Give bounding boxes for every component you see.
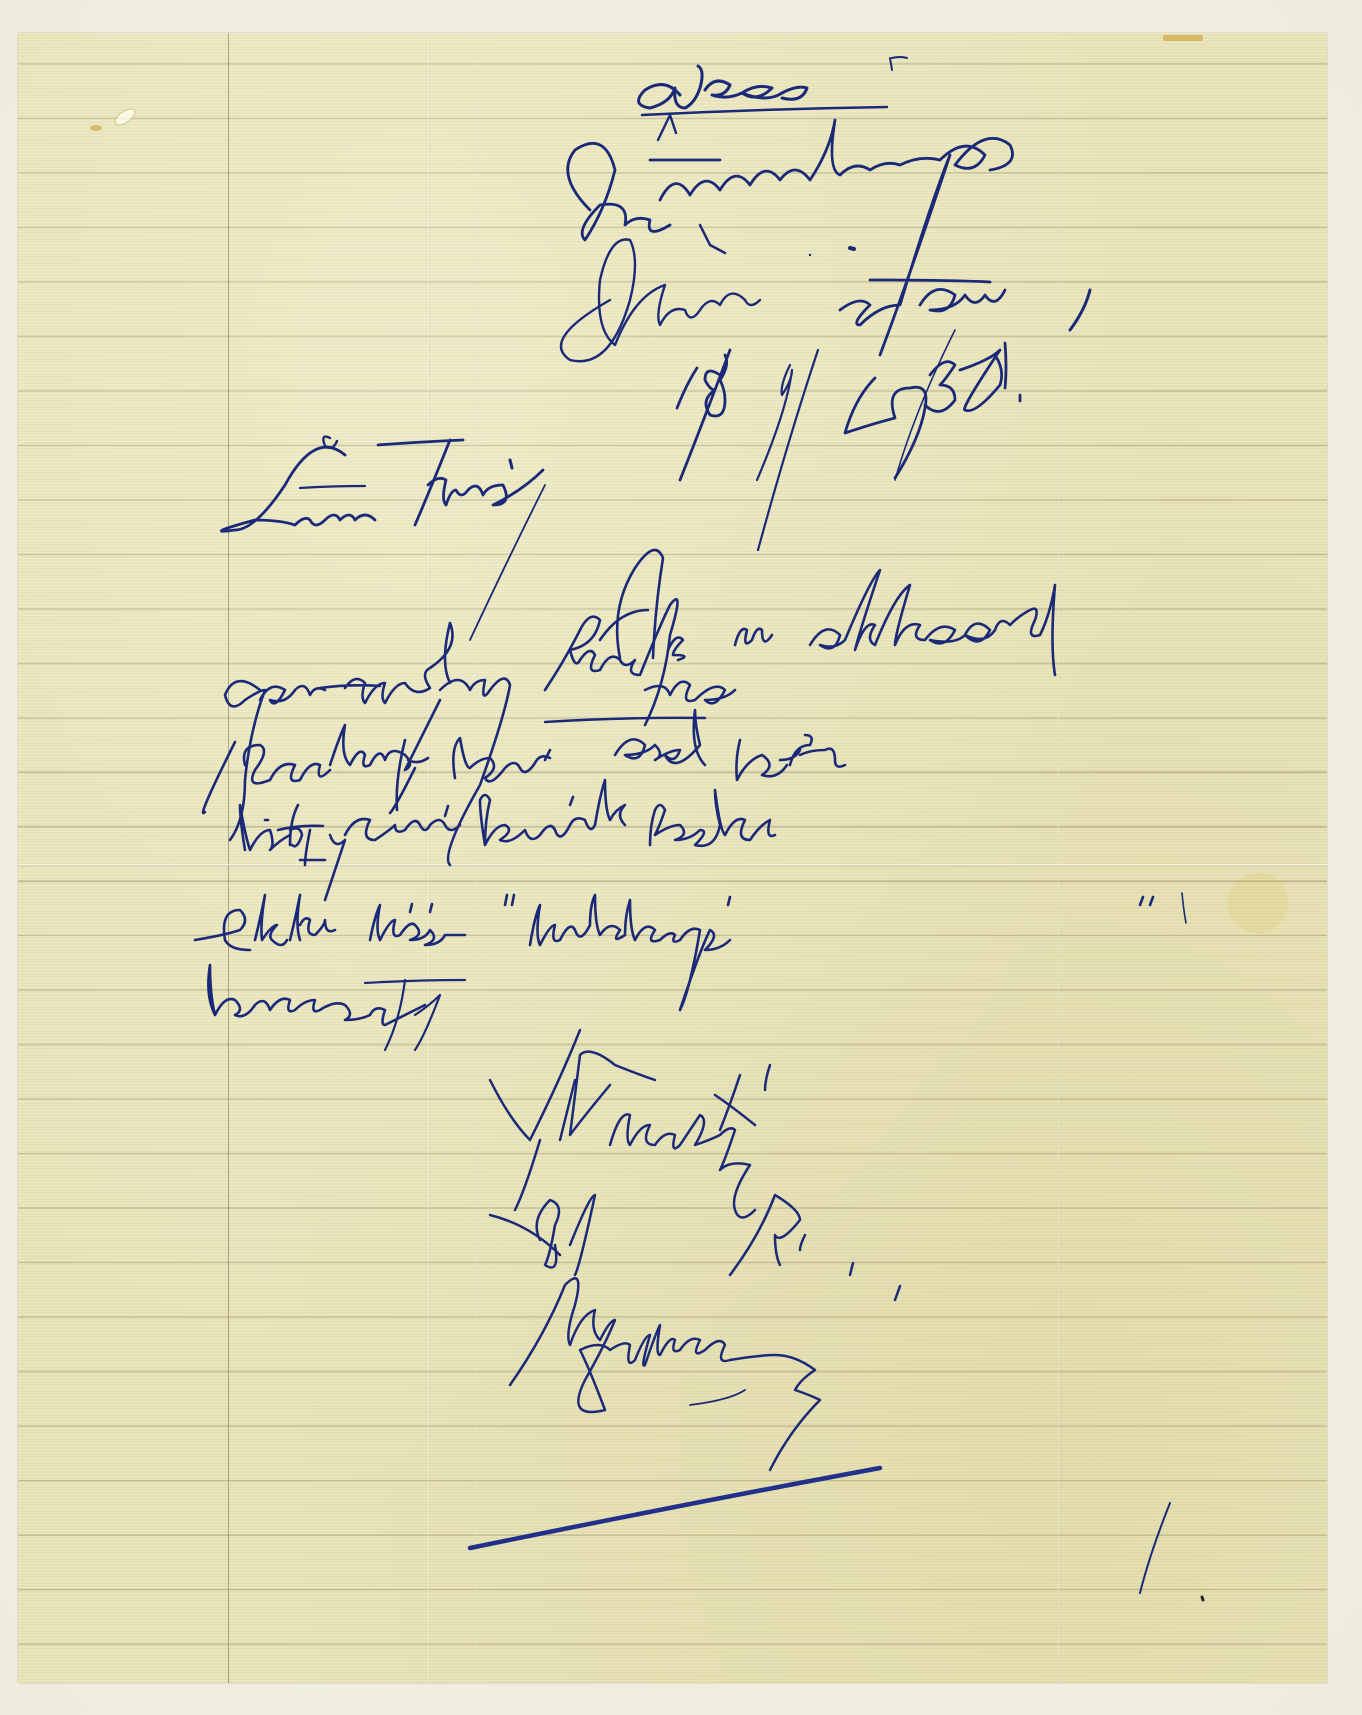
body-line-5 — [195, 893, 1186, 1010]
signature-underline — [470, 1468, 1203, 1600]
body-line-6 — [208, 965, 440, 1050]
heading-adres — [639, 57, 907, 115]
address-line-2 — [561, 155, 1090, 361]
body-line-3 — [203, 700, 845, 813]
address-line-1 — [568, 115, 1013, 240]
handwriting-ink — [0, 0, 1362, 1715]
body-line-4 — [240, 780, 775, 900]
date-line — [677, 330, 1020, 550]
closing-ink — [490, 1030, 900, 1470]
salutation-ink — [221, 437, 545, 640]
